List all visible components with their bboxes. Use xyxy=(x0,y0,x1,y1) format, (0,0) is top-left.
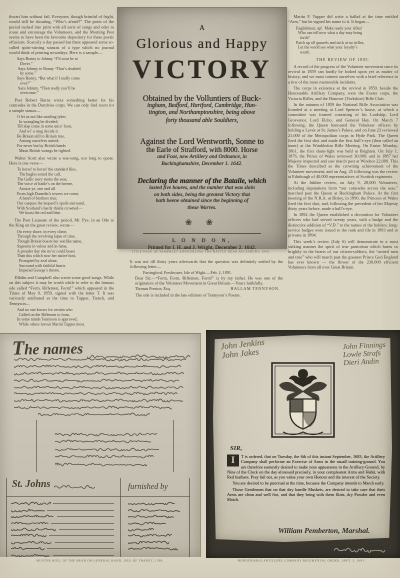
handwriting-line xyxy=(11,539,53,545)
muster-names-column xyxy=(11,500,115,557)
paragraph: Walter Scott also wrote a war-song, too … xyxy=(9,155,114,165)
handwriting-line xyxy=(38,411,186,417)
photo-caption-muster: MUSTER ROLL OF THE BEAR OR GENERAL BAND,… xyxy=(0,559,200,568)
handwriting-line xyxy=(11,545,45,551)
letter-dateline: Farringford, Freshwater, Isle of Wight.—… xyxy=(143,270,283,275)
order-body: IT is ordered, that on Tuesday, the 6th … xyxy=(227,454,385,526)
handwriting-line xyxy=(14,370,186,376)
paragraph: Martin F. Tupper did write a ballad at t… xyxy=(288,14,398,24)
handwriting-line xyxy=(128,545,178,551)
photo-caption-artillery: HONOURABLE ARTILLERY COMPANY REGIMENTAL … xyxy=(203,559,400,568)
muster-column-header-right: furnished by xyxy=(128,482,168,491)
handwriting-line xyxy=(128,507,180,513)
handwriting-line xyxy=(128,513,174,519)
handwriting-line xyxy=(334,545,386,554)
order-paragraph-3: Those Gentlemen that on that day handle … xyxy=(227,487,385,502)
poem-stanza-scott: To horse! to horse! the standard flies, … xyxy=(17,167,114,216)
article-column-middle: It was not till thirty years afterwards … xyxy=(130,259,283,323)
pamphlet-against-rest: and Foot, new Artillery and Ordnance, in… xyxy=(157,154,247,167)
row-dash xyxy=(53,503,114,504)
row-dash xyxy=(51,523,114,524)
handwriting-line xyxy=(11,507,45,513)
table-rule xyxy=(189,478,190,557)
paragraph: At the Jubilee review, on July 9, 28,000… xyxy=(288,180,398,211)
handwriting-line xyxy=(11,526,57,532)
table-row xyxy=(128,545,186,551)
handwriting-line xyxy=(14,363,186,369)
paragraph: thwart him without fail. Everyone, thoug… xyxy=(9,14,114,55)
handwriting-line xyxy=(14,377,186,383)
letter-addressee: Thomas Preston, Esq. xyxy=(135,287,171,292)
handwriting-line xyxy=(11,520,49,526)
poem-stanza-burns: O let us not like snarling tykes In wran… xyxy=(17,114,114,153)
handwriting-line xyxy=(128,500,176,506)
handwriting-line xyxy=(11,513,55,519)
muster-column-header-left: St. Johns xyxy=(12,479,96,490)
handwriting-line xyxy=(55,446,173,452)
handwriting-line xyxy=(55,438,173,444)
row-dash xyxy=(53,555,114,556)
pamphlet-title-line2: VICTORY xyxy=(133,55,272,85)
poem-stanza-bonny: Says Bonny to Johnny “I’ll soon be at Do… xyxy=(17,57,114,96)
paragraph: This week’s review (July 6) will demonst… xyxy=(288,239,398,270)
handwriting-line xyxy=(11,532,47,538)
pamphlet-declaring-rest: lasted five houres, and the number that … xyxy=(149,185,255,211)
article-column-right: Martin F. Tupper did write a ballad at t… xyxy=(288,14,398,332)
table-row xyxy=(11,551,115,557)
table-rule xyxy=(6,496,190,497)
muster-script-block xyxy=(14,356,186,418)
handwriting-line xyxy=(14,384,186,390)
order-paragraph-1-text: T is ordered, that on Tuesday, the 6th o… xyxy=(227,454,385,480)
row-dash xyxy=(59,529,114,530)
muster-furnished-column xyxy=(128,500,186,551)
handwritten-inscription-right: John Finnings Lowle Strafs Dieri Andin xyxy=(342,341,386,367)
handwriting-line xyxy=(55,461,173,467)
paragraph: A record of the progress of the Voluntee… xyxy=(288,64,398,85)
order-paragraph-2: You are desired to be punctual at the ti… xyxy=(227,481,385,486)
muster-name-block xyxy=(36,420,174,472)
order-signature: William Pemberton, Marshal. xyxy=(278,526,370,535)
table-rule xyxy=(6,478,7,557)
muster-table: St. Johns furnished by xyxy=(6,478,190,557)
paragraph: Dibdin and Campbell also wrote some good… xyxy=(9,275,114,306)
handwriting-line xyxy=(11,552,51,557)
artillery-order-photo: John Jenkins John Jakes John Finnings Lo… xyxy=(206,330,400,558)
paragraph: It was not till thirty years afterwards … xyxy=(130,259,283,269)
row-dash xyxy=(57,516,114,517)
paragraph: The Poet Laureate of the period, Mr. Pye… xyxy=(9,218,114,228)
imprint-city: L O N D O N, xyxy=(172,238,232,244)
handwriting-line xyxy=(11,500,51,506)
poem-stanza-attribution: And no one knows for certain who Called … xyxy=(17,307,114,326)
row-dash xyxy=(55,542,114,543)
handwriting-line xyxy=(14,397,186,403)
salutation: SIR, xyxy=(230,445,242,452)
paragraph: The ode is included in the late editions… xyxy=(130,293,283,298)
pamphlet-against-line1: Against the Lord Wentworth, Sonne to xyxy=(140,137,264,146)
handwriting-line xyxy=(54,483,96,490)
handwriting-line xyxy=(128,520,166,526)
handwriting-line xyxy=(14,390,186,396)
pamphlet-title-line1: Glorious and Happy xyxy=(136,37,268,53)
ornament-rosettes: ❀ ❀ xyxy=(185,218,218,227)
artillery-document: John Jenkins John Jakes John Finnings Lo… xyxy=(213,335,392,542)
photo-caption-pamphlet: TITLE-PAGE OF PAMPHLET ANNOUNCING THE BA… xyxy=(110,250,292,259)
paragraph: Poet Robert Burns wrote something better… xyxy=(9,98,114,113)
pamphlet-obtained-line: Obtained by the Volluntiers of Buck- xyxy=(143,94,261,103)
table-rule xyxy=(120,478,121,557)
drop-cap: I xyxy=(227,455,239,467)
paragraph: In the autumn of 1859 the National Rifle… xyxy=(288,102,398,179)
pamphlet-line-a: A xyxy=(199,24,204,32)
row-dash xyxy=(49,535,114,536)
handwritten-inscription-left: John Jenkins John Jakes xyxy=(220,338,266,360)
newspaper-page: thwart him without fail. Everyone, thoug… xyxy=(0,0,400,578)
row-dash xyxy=(47,548,114,549)
poem-stanza-pye: On every shore, in every clime, Through … xyxy=(17,229,114,273)
letter-body: Dear Sir,—“Form, Form, Riflemen, Form!” … xyxy=(135,275,283,285)
coat-of-arms xyxy=(271,362,335,443)
handwriting-line xyxy=(128,526,154,532)
paragraph: The corps in existence at the revival in… xyxy=(288,86,398,101)
order-paragraph-1: IT is ordered, that on Tuesday, the 6th … xyxy=(227,454,385,480)
poem-stanza-tupper: Englishmen, up! Make ready your rifles! … xyxy=(296,26,398,55)
pamphlet-obtained-rest: ingham, Bedford, Hartford, Cambridge, Hu… xyxy=(147,103,257,125)
letter-signature: HALLAM TENNYSON. xyxy=(230,287,280,292)
row-dash xyxy=(47,510,114,511)
handwriting-line xyxy=(128,539,170,545)
handwriting-line xyxy=(55,431,173,437)
pamphlet-title-page-photo: A Glorious and Happy VICTORY Obtained by… xyxy=(117,7,287,249)
table-row xyxy=(128,506,186,512)
handwriting-line xyxy=(128,532,172,538)
section-heading-review: THE REVIEW OF 1895. xyxy=(288,57,398,62)
paragraph: In 1892 the Queen established a decorati… xyxy=(288,212,398,238)
handwriting-line xyxy=(14,404,186,410)
handwriting-line xyxy=(14,356,186,362)
article-column-left: thwart him without fail. Everyone, thoug… xyxy=(9,14,114,332)
imprint-rule xyxy=(143,233,261,234)
handwriting-line xyxy=(55,453,173,459)
muster-roll-photo: The names St. Johns xyxy=(0,333,201,557)
